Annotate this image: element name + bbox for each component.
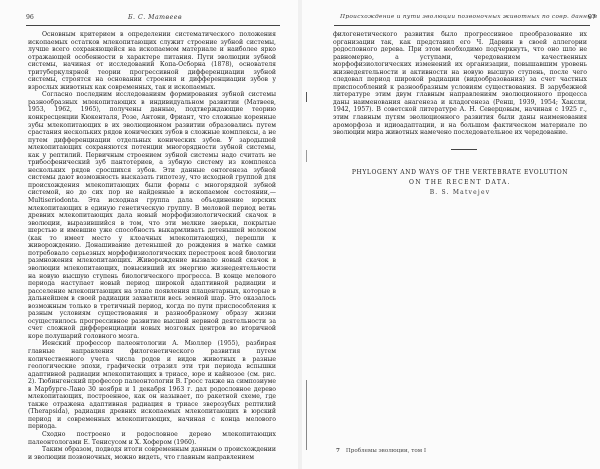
left-page-body: Основным критерием в определении система… — [28, 31, 276, 461]
gutter-mark — [306, 150, 307, 162]
title-line-2: ON THE RECENT DATA. — [340, 178, 580, 188]
paragraph: филогенетического развития было прогресс… — [333, 31, 587, 137]
running-head-right: Происхождение и пути эволюции позвоночны… — [340, 14, 597, 20]
header-rule-right — [334, 25, 590, 26]
paragraph: Сходно построено и родословное дерево мл… — [28, 431, 276, 446]
page-number-right: 97 — [588, 14, 596, 21]
english-summary-title: PHYLOGENY AND WAYS OF THE VERTEBRATE EVO… — [340, 168, 580, 188]
gutter-mark — [306, 380, 307, 450]
paragraph: Основным критерием в определении система… — [28, 31, 276, 91]
paragraph: Таким образом, подводя итоги современным… — [28, 446, 276, 461]
title-line-1: PHYLOGENY AND WAYS OF THE VERTEBRATE EVO… — [340, 168, 580, 178]
signature-number: 7 — [336, 448, 340, 454]
book-gutter — [298, 0, 302, 469]
header-rule-left — [26, 25, 280, 26]
paragraph: Иенский профессор палеонтологии А. Мюлле… — [28, 340, 276, 431]
signature-text: Проблемы эволюции, том I — [346, 448, 426, 454]
section-divider — [451, 149, 477, 150]
page-number-left: 96 — [26, 14, 34, 21]
right-page-body: филогенетического развития было прогресс… — [333, 31, 587, 137]
running-head-left: Б. С. Матвеев — [128, 14, 182, 21]
english-summary-author: B. S. Matvejev — [340, 189, 580, 196]
printer-signature: 7Проблемы эволюции, том I — [336, 448, 426, 454]
gutter-mark — [306, 92, 307, 102]
paragraph: Согласно последним исследованиям формиро… — [28, 91, 276, 340]
